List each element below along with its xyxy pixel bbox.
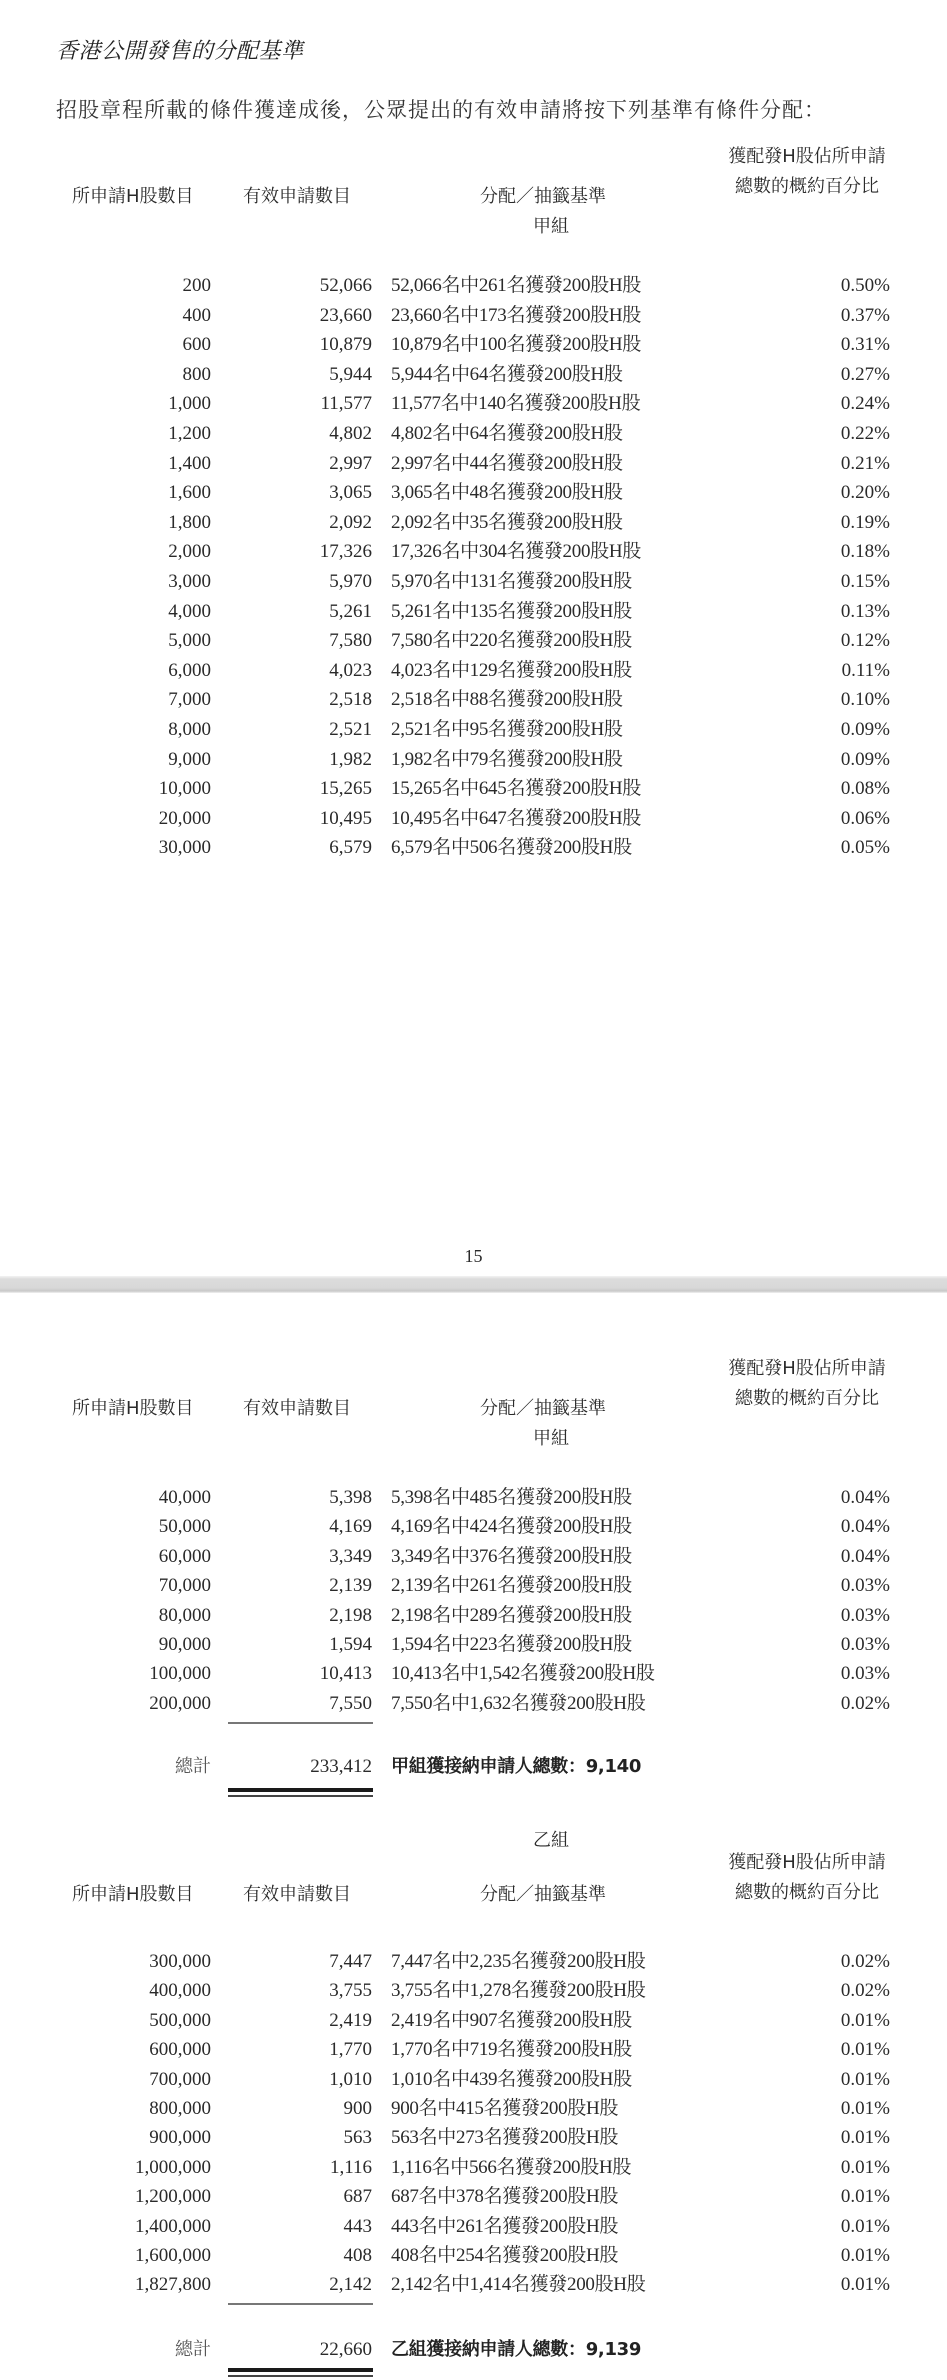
cell-percentage: 0.03% (841, 1630, 890, 1659)
cell-valid-applications: 15,265 (320, 774, 372, 803)
cell-shares-applied: 200 (183, 271, 212, 300)
table-row: 1,200,000687687名中378名獲發200股H股0.01% (0, 2182, 947, 2211)
table-row: 40,0005,3985,398名中485名獲發200股H股0.04% (0, 1483, 947, 1512)
cell-shares-applied: 1,600 (168, 478, 211, 507)
table-row: 600,0001,7701,770名中719名獲發200股H股0.01% (0, 2035, 947, 2064)
cell-allocation-basis: 408名中254名獲發200股H股 (391, 2241, 618, 2270)
cell-percentage: 0.04% (841, 1512, 890, 1541)
table-row: 9,0001,9821,982名中79名獲發200股H股0.09% (0, 745, 947, 774)
table-row: 60,0003,3493,349名中376名獲發200股H股0.04% (0, 1542, 947, 1571)
cell-valid-applications: 408 (344, 2241, 373, 2270)
cell-valid-applications: 443 (344, 2212, 373, 2241)
cell-valid-applications: 3,349 (329, 1542, 372, 1571)
cell-valid-applications: 10,413 (320, 1659, 372, 1688)
cell-allocation-basis: 1,594名中223名獲發200股H股 (391, 1630, 632, 1659)
cell-percentage: 0.01% (841, 2182, 890, 2211)
accepted-applicants-total: 乙組獲接納申請人總數：9,139 (391, 2335, 641, 2364)
header-shares-applied: 所申請H股數目 (72, 1394, 194, 1420)
cell-percentage: 0.18% (841, 537, 890, 566)
cell-allocation-basis: 2,092名中35名獲發200股H股 (391, 508, 623, 537)
cell-shares-applied: 20,000 (159, 804, 211, 833)
total-value: 22,660 (320, 2335, 372, 2364)
table-row: 900,000563563名中273名獲發200股H股0.01% (0, 2123, 947, 2152)
cell-shares-applied: 200,000 (149, 1689, 211, 1718)
cell-shares-applied: 1,000 (168, 389, 211, 418)
cell-percentage: 0.05% (841, 833, 890, 862)
cell-allocation-basis: 4,023名中129名獲發200股H股 (391, 656, 632, 685)
header-shares-applied: 所申請H股數目 (72, 182, 194, 208)
cell-percentage: 0.01% (841, 2065, 890, 2094)
cell-allocation-basis: 10,495名中647名獲發200股H股 (391, 804, 641, 833)
table-row: 1,600,000408408名中254名獲發200股H股0.01% (0, 2241, 947, 2270)
cell-percentage: 0.02% (841, 1689, 890, 1718)
cell-allocation-basis: 11,577名中140名獲發200股H股 (391, 389, 640, 418)
cell-shares-applied: 10,000 (159, 774, 211, 803)
table-row: 1,000,0001,1161,116名中566名獲發200股H股0.01% (0, 2153, 947, 2182)
cell-percentage: 0.01% (841, 2035, 890, 2064)
group-a-label: 甲組 (533, 1424, 569, 1450)
cell-percentage: 0.04% (841, 1483, 890, 1512)
header-allocation-basis: 分配／抽籤基準 (480, 1880, 606, 1906)
group-b-total-row: 總計 22,660 乙組獲接納申請人總數：9,139 (0, 2335, 947, 2364)
cell-shares-applied: 50,000 (159, 1512, 211, 1541)
header-percentage: 獲配發H股佔所申請 總數的概約百分比 (718, 1354, 896, 1414)
cell-allocation-basis: 3,349名中376名獲發200股H股 (391, 1542, 632, 1571)
cell-valid-applications: 6,579 (329, 833, 372, 862)
cell-allocation-basis: 1,982名中79名獲發200股H股 (391, 745, 623, 774)
cell-allocation-basis: 10,879名中100名獲發200股H股 (391, 330, 641, 359)
table-row: 7,0002,5182,518名中88名獲發200股H股0.10% (0, 685, 947, 714)
table-row: 8005,9445,944名中64名獲發200股H股0.27% (0, 360, 947, 389)
cell-allocation-basis: 10,413名中1,542名獲發200股H股 (391, 1659, 655, 1688)
header-allocation-basis: 分配／抽籤基準 (480, 182, 606, 208)
cell-valid-applications: 17,326 (320, 537, 372, 566)
cell-allocation-basis: 15,265名中645名獲發200股H股 (391, 774, 641, 803)
cell-valid-applications: 1,010 (329, 2065, 372, 2094)
cell-valid-applications: 10,495 (320, 804, 372, 833)
cell-allocation-basis: 3,065名中48名獲發200股H股 (391, 478, 623, 507)
cell-percentage: 0.06% (841, 804, 890, 833)
cell-percentage: 0.11% (842, 656, 890, 685)
cell-shares-applied: 1,800 (168, 508, 211, 537)
table-row: 1,00011,57711,577名中140名獲發200股H股0.24% (0, 389, 947, 418)
cell-percentage: 0.10% (841, 685, 890, 714)
cell-percentage: 0.37% (841, 301, 890, 330)
cell-shares-applied: 900,000 (149, 2123, 211, 2152)
cell-valid-applications: 7,447 (329, 1947, 372, 1976)
table-row: 70,0002,1392,139名中261名獲發200股H股0.03% (0, 1571, 947, 1600)
cell-percentage: 0.19% (841, 508, 890, 537)
cell-percentage: 0.01% (841, 2153, 890, 2182)
cell-valid-applications: 1,116 (330, 2153, 372, 2182)
cell-valid-applications: 5,261 (329, 597, 372, 626)
table-row: 8,0002,5212,521名中95名獲發200股H股0.09% (0, 715, 947, 744)
cell-valid-applications: 23,660 (320, 301, 372, 330)
table-row: 800,000900900名中415名獲發200股H股0.01% (0, 2094, 947, 2123)
cell-shares-applied: 500,000 (149, 2006, 211, 2035)
cell-shares-applied: 80,000 (159, 1601, 211, 1630)
cell-shares-applied: 800 (183, 360, 212, 389)
total-label: 總計 (175, 1752, 211, 1781)
cell-shares-applied: 9,000 (168, 745, 211, 774)
table-row: 1,827,8002,1422,142名中1,414名獲發200股H股0.01% (0, 2270, 947, 2299)
table-row: 6,0004,0234,023名中129名獲發200股H股0.11% (0, 656, 947, 685)
cell-allocation-basis: 1,116名中566名獲發200股H股 (391, 2153, 631, 2182)
subtotal-underline (228, 2303, 373, 2305)
table-row: 90,0001,5941,594名中223名獲發200股H股0.03% (0, 1630, 947, 1659)
table-row: 2,00017,32617,326名中304名獲發200股H股0.18% (0, 537, 947, 566)
cell-allocation-basis: 5,970名中131名獲發200股H股 (391, 567, 632, 596)
cell-shares-applied: 60,000 (159, 1542, 211, 1571)
cell-valid-applications: 2,142 (329, 2270, 372, 2299)
cell-valid-applications: 2,521 (329, 715, 372, 744)
cell-percentage: 0.27% (841, 360, 890, 389)
cell-shares-applied: 6,000 (168, 656, 211, 685)
cell-shares-applied: 400,000 (149, 1976, 211, 2005)
cell-valid-applications: 900 (344, 2094, 373, 2123)
table-row: 20052,06652,066名中261名獲發200股H股0.50% (0, 271, 947, 300)
cell-valid-applications: 2,092 (329, 508, 372, 537)
cell-allocation-basis: 2,997名中44名獲發200股H股 (391, 449, 623, 478)
header-percentage-line1: 獲配發H股佔所申請 (718, 142, 896, 172)
cell-shares-applied: 1,000,000 (135, 2153, 211, 2182)
cell-valid-applications: 563 (344, 2123, 373, 2152)
header-percentage: 獲配發H股佔所申請 總數的概約百分比 (718, 142, 896, 202)
cell-percentage: 0.01% (841, 2241, 890, 2270)
cell-valid-applications: 52,066 (320, 271, 372, 300)
cell-shares-applied: 2,000 (168, 537, 211, 566)
cell-allocation-basis: 6,579名中506名獲發200股H股 (391, 833, 632, 862)
table-row: 4,0005,2615,261名中135名獲發200股H股0.13% (0, 597, 947, 626)
cell-shares-applied: 800,000 (149, 2094, 211, 2123)
cell-shares-applied: 600 (183, 330, 212, 359)
cell-allocation-basis: 2,139名中261名獲發200股H股 (391, 1571, 632, 1600)
cell-percentage: 0.22% (841, 419, 890, 448)
table-row: 60010,87910,879名中100名獲發200股H股0.31% (0, 330, 947, 359)
cell-percentage: 0.01% (841, 2270, 890, 2299)
table-row: 5,0007,5807,580名中220名獲發200股H股0.12% (0, 626, 947, 655)
table-row: 300,0007,4477,447名中2,235名獲發200股H股0.02% (0, 1947, 947, 1976)
cell-allocation-basis: 2,198名中289名獲發200股H股 (391, 1601, 632, 1630)
table-row: 1,8002,0922,092名中35名獲發200股H股0.19% (0, 508, 947, 537)
cell-percentage: 0.02% (841, 1976, 890, 2005)
cell-percentage: 0.03% (841, 1571, 890, 1600)
cell-valid-applications: 1,982 (329, 745, 372, 774)
cell-valid-applications: 2,518 (329, 685, 372, 714)
cell-allocation-basis: 900名中415名獲發200股H股 (391, 2094, 618, 2123)
cell-shares-applied: 600,000 (149, 2035, 211, 2064)
cell-percentage: 0.03% (841, 1601, 890, 1630)
cell-valid-applications: 5,970 (329, 567, 372, 596)
table-row: 80,0002,1982,198名中289名獲發200股H股0.03% (0, 1601, 947, 1630)
cell-percentage: 0.50% (841, 271, 890, 300)
cell-shares-applied: 1,400,000 (135, 2212, 211, 2241)
total-value: 233,412 (310, 1752, 372, 1781)
cell-valid-applications: 4,169 (329, 1512, 372, 1541)
cell-valid-applications: 4,802 (329, 419, 372, 448)
cell-shares-applied: 5,000 (168, 626, 211, 655)
cell-allocation-basis: 2,521名中95名獲發200股H股 (391, 715, 623, 744)
cell-allocation-basis: 5,261名中135名獲發200股H股 (391, 597, 632, 626)
cell-percentage: 0.01% (841, 2123, 890, 2152)
page-number: 15 (0, 1246, 947, 1267)
header-allocation-basis: 分配／抽籤基準 (480, 1394, 606, 1420)
cell-percentage: 0.24% (841, 389, 890, 418)
table-row: 700,0001,0101,010名中439名獲發200股H股0.01% (0, 2065, 947, 2094)
cell-percentage: 0.01% (841, 2006, 890, 2035)
cell-percentage: 0.13% (841, 597, 890, 626)
header-shares-applied: 所申請H股數目 (72, 1880, 194, 1906)
cell-valid-applications: 3,065 (329, 478, 372, 507)
group-a-label: 甲組 (533, 212, 569, 238)
cell-shares-applied: 4,000 (168, 597, 211, 626)
cell-valid-applications: 7,580 (329, 626, 372, 655)
cell-shares-applied: 300,000 (149, 1947, 211, 1976)
cell-valid-applications: 3,755 (329, 1976, 372, 2005)
total-double-underline-thin (228, 2375, 373, 2377)
table-row: 500,0002,4192,419名中907名獲發200股H股0.01% (0, 2006, 947, 2035)
cell-percentage: 0.09% (841, 715, 890, 744)
cell-allocation-basis: 23,660名中173名獲發200股H股 (391, 301, 641, 330)
cell-allocation-basis: 7,447名中2,235名獲發200股H股 (391, 1947, 645, 1976)
table-row: 20,00010,49510,495名中647名獲發200股H股0.06% (0, 804, 947, 833)
total-double-underline-thin (228, 1795, 373, 1797)
header-percentage-line2: 總數的概約百分比 (718, 172, 896, 202)
cell-allocation-basis: 17,326名中304名獲發200股H股 (391, 537, 641, 566)
accepted-applicants-total: 甲組獲接納申請人總數：9,140 (391, 1752, 641, 1781)
cell-shares-applied: 30,000 (159, 833, 211, 862)
total-double-underline-thick (228, 2368, 373, 2372)
cell-allocation-basis: 443名中261名獲發200股H股 (391, 2212, 618, 2241)
total-label: 總計 (175, 2335, 211, 2364)
cell-percentage: 0.15% (841, 567, 890, 596)
cell-allocation-basis: 3,755名中1,278名獲發200股H股 (391, 1976, 645, 2005)
cell-valid-applications: 687 (344, 2182, 373, 2211)
cell-shares-applied: 90,000 (159, 1630, 211, 1659)
cell-valid-applications: 2,139 (329, 1571, 372, 1600)
cell-percentage: 0.12% (841, 626, 890, 655)
cell-valid-applications: 5,398 (329, 1483, 372, 1512)
cell-allocation-basis: 4,169名中424名獲發200股H股 (391, 1512, 632, 1541)
cell-allocation-basis: 5,944名中64名獲發200股H股 (391, 360, 623, 389)
table-row: 200,0007,5507,550名中1,632名獲發200股H股0.02% (0, 1689, 947, 1718)
table-row: 30,0006,5796,579名中506名獲發200股H股0.05% (0, 833, 947, 862)
header-percentage-line1: 獲配發H股佔所申請 (718, 1354, 896, 1384)
table-row: 1,400,000443443名中261名獲發200股H股0.01% (0, 2212, 947, 2241)
header-valid-applications: 有效申請數目 (243, 182, 351, 208)
cell-shares-applied: 40,000 (159, 1483, 211, 1512)
cell-allocation-basis: 5,398名中485名獲發200股H股 (391, 1483, 632, 1512)
cell-allocation-basis: 7,550名中1,632名獲發200股H股 (391, 1689, 645, 1718)
cell-shares-applied: 400 (183, 301, 212, 330)
cell-valid-applications: 2,997 (329, 449, 372, 478)
intro-paragraph: 招股章程所載的條件獲達成後，公眾提出的有效申請將按下列基準有條件分配： (56, 94, 826, 124)
cell-percentage: 0.03% (841, 1659, 890, 1688)
cell-shares-applied: 8,000 (168, 715, 211, 744)
cell-valid-applications: 11,577 (320, 389, 372, 418)
cell-percentage: 0.04% (841, 1542, 890, 1571)
table-row: 3,0005,9705,970名中131名獲發200股H股0.15% (0, 567, 947, 596)
cell-percentage: 0.21% (841, 449, 890, 478)
cell-valid-applications: 7,550 (329, 1689, 372, 1718)
cell-allocation-basis: 4,802名中64名獲發200股H股 (391, 419, 623, 448)
cell-shares-applied: 1,200 (168, 419, 211, 448)
cell-shares-applied: 1,827,800 (135, 2270, 211, 2299)
header-valid-applications: 有效申請數目 (243, 1880, 351, 1906)
table-row: 40023,66023,660名中173名獲發200股H股0.37% (0, 301, 947, 330)
cell-shares-applied: 3,000 (168, 567, 211, 596)
cell-percentage: 0.01% (841, 2094, 890, 2123)
cell-allocation-basis: 52,066名中261名獲發200股H股 (391, 271, 641, 300)
cell-valid-applications: 5,944 (329, 360, 372, 389)
cell-valid-applications: 1,770 (329, 2035, 372, 2064)
table-row: 1,6003,0653,065名中48名獲發200股H股0.20% (0, 478, 947, 507)
cell-valid-applications: 2,419 (329, 2006, 372, 2035)
table-row: 1,4002,9972,997名中44名獲發200股H股0.21% (0, 449, 947, 478)
cell-allocation-basis: 1,010名中439名獲發200股H股 (391, 2065, 632, 2094)
cell-valid-applications: 1,594 (329, 1630, 372, 1659)
cell-valid-applications: 2,198 (329, 1601, 372, 1630)
cell-shares-applied: 700,000 (149, 2065, 211, 2094)
cell-allocation-basis: 7,580名中220名獲發200股H股 (391, 626, 632, 655)
header-percentage: 獲配發H股佔所申請 總數的概約百分比 (718, 1848, 896, 1908)
total-double-underline-thick (228, 1788, 373, 1792)
header-percentage-line2: 總數的概約百分比 (718, 1878, 896, 1908)
page-separator (0, 1276, 947, 1293)
table-row: 1,2004,8024,802名中64名獲發200股H股0.22% (0, 419, 947, 448)
section-title: 香港公開發售的分配基準 (56, 34, 304, 65)
table-row: 400,0003,7553,755名中1,278名獲發200股H股0.02% (0, 1976, 947, 2005)
cell-percentage: 0.31% (841, 330, 890, 359)
cell-percentage: 0.20% (841, 478, 890, 507)
header-valid-applications: 有效申請數目 (243, 1394, 351, 1420)
cell-allocation-basis: 563名中273名獲發200股H股 (391, 2123, 618, 2152)
cell-percentage: 0.01% (841, 2212, 890, 2241)
cell-allocation-basis: 687名中378名獲發200股H股 (391, 2182, 618, 2211)
cell-shares-applied: 1,600,000 (135, 2241, 211, 2270)
table-row: 100,00010,41310,413名中1,542名獲發200股H股0.03% (0, 1659, 947, 1688)
cell-shares-applied: 1,400 (168, 449, 211, 478)
cell-shares-applied: 100,000 (149, 1659, 211, 1688)
cell-percentage: 0.02% (841, 1947, 890, 1976)
cell-allocation-basis: 1,770名中719名獲發200股H股 (391, 2035, 632, 2064)
group-b-label: 乙組 (533, 1826, 569, 1852)
cell-percentage: 0.09% (841, 745, 890, 774)
cell-shares-applied: 7,000 (168, 685, 211, 714)
table-row: 10,00015,26515,265名中645名獲發200股H股0.08% (0, 774, 947, 803)
header-percentage-line2: 總數的概約百分比 (718, 1384, 896, 1414)
cell-shares-applied: 1,200,000 (135, 2182, 211, 2211)
cell-allocation-basis: 2,419名中907名獲發200股H股 (391, 2006, 632, 2035)
header-percentage-line1: 獲配發H股佔所申請 (718, 1848, 896, 1878)
group-a-total-row: 總計 233,412 甲組獲接納申請人總數：9,140 (0, 1752, 947, 1781)
cell-percentage: 0.08% (841, 774, 890, 803)
table-row: 50,0004,1694,169名中424名獲發200股H股0.04% (0, 1512, 947, 1541)
subtotal-underline (228, 1722, 373, 1724)
cell-shares-applied: 70,000 (159, 1571, 211, 1600)
cell-valid-applications: 10,879 (320, 330, 372, 359)
cell-valid-applications: 4,023 (329, 656, 372, 685)
cell-allocation-basis: 2,142名中1,414名獲發200股H股 (391, 2270, 645, 2299)
cell-allocation-basis: 2,518名中88名獲發200股H股 (391, 685, 623, 714)
